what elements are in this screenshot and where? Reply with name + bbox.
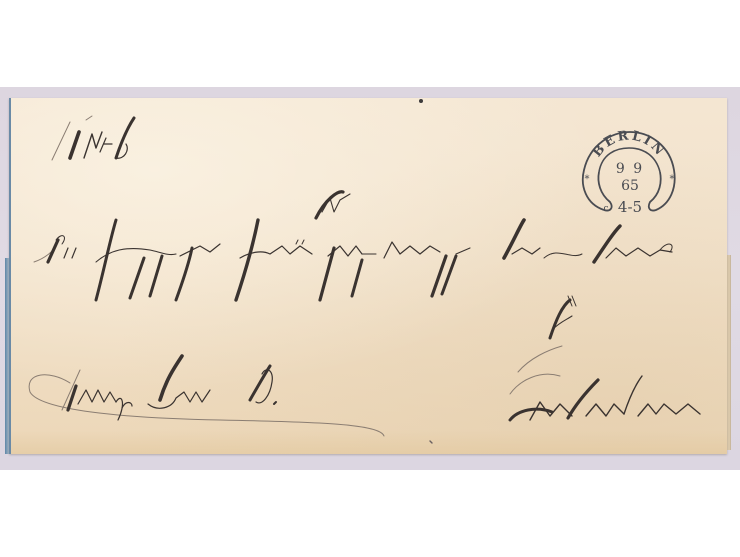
postmark-time: 4-5 <box>618 198 642 216</box>
berlin-postmark: BERLIN * * 9 9 65 c 4-5 <box>574 124 684 222</box>
postmark-star-right: * <box>670 174 675 185</box>
postmark-year: 65 <box>621 178 639 194</box>
paper-speck <box>419 99 423 103</box>
postmark-star-left: * <box>585 174 590 185</box>
postmark-date: 9 9 <box>616 161 644 177</box>
postmark-time-prefix: c <box>603 204 608 214</box>
postmark-city: BERLIN <box>590 128 668 160</box>
scan-stage: BERLIN * * 9 9 65 c 4-5 <box>0 0 740 557</box>
